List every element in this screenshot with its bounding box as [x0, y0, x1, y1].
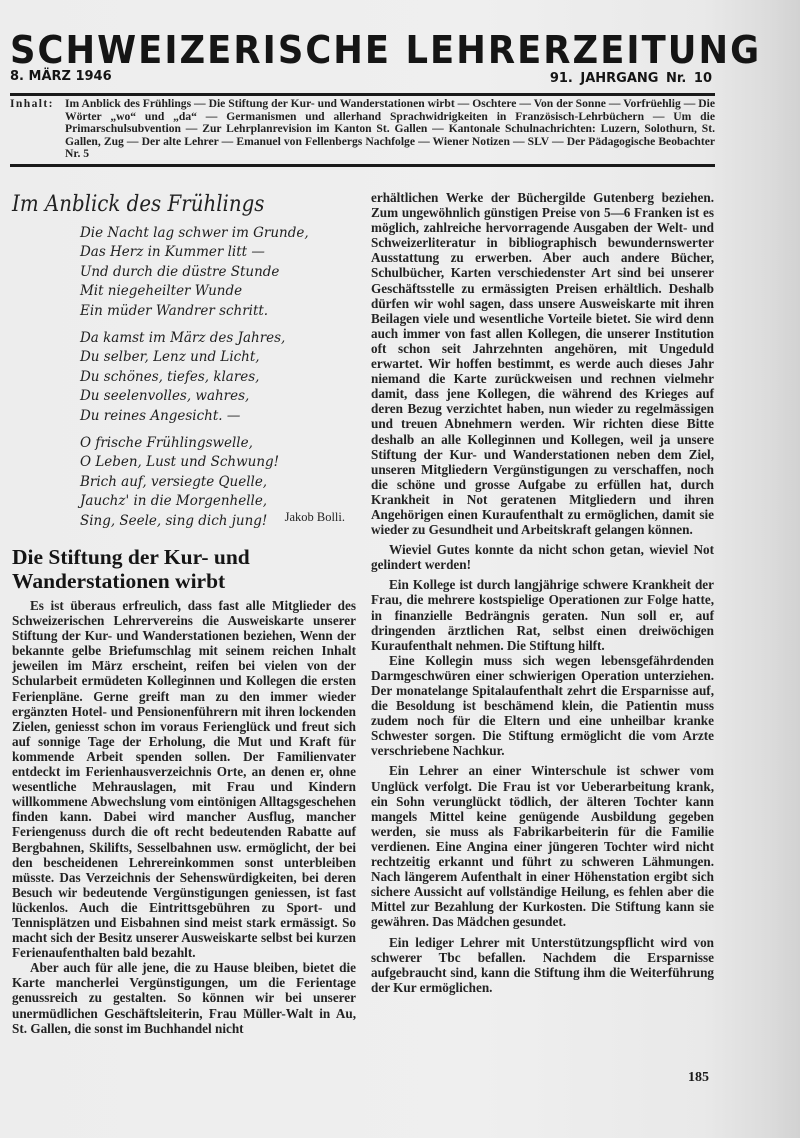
poem-line: O frische Frühlingswelle,: [80, 434, 346, 453]
poem-title: Im Anblick des Frühlings: [12, 192, 264, 217]
toc-text: Im Anblick des Frühlings — Die Stiftung …: [65, 98, 715, 161]
table-of-contents: Inhalt: Im Anblick des Frühlings — Die S…: [10, 98, 715, 161]
poem-line: Das Herz in Kummer litt —: [80, 243, 346, 262]
article-paragraph: Wieviel Gutes konnte da nicht schon geta…: [371, 542, 714, 572]
poem-line: O Leben, Lust und Schwung!: [80, 453, 346, 472]
article-paragraph: Es ist überaus erfreulich, dass fast all…: [12, 598, 356, 960]
issue-date: 8. MÄRZ 1946: [10, 69, 112, 84]
poem: Die Nacht lag schwer im Grunde, Das Herz…: [80, 224, 360, 539]
poem-stanza: Die Nacht lag schwer im Grunde, Das Herz…: [80, 224, 360, 321]
poem-line: Die Nacht lag schwer im Grunde,: [80, 224, 346, 243]
page-number: 185: [688, 1070, 709, 1086]
poem-stanza: Da kamst im März des Jahres, Du selber, …: [80, 329, 360, 426]
bottom-rule: [10, 164, 715, 167]
poem-line: Brich auf, versiegte Quelle,: [80, 473, 346, 492]
poem-line: Mit niegeheilter Wunde: [80, 282, 346, 301]
right-column: erhältlichen Werke der Büchergilde Guten…: [371, 190, 714, 995]
poem-line: Da kamst im März des Jahres,: [80, 329, 346, 348]
poem-line: Du selber, Lenz und Licht,: [80, 348, 346, 367]
poem-line: Du seelenvolles, wahres,: [80, 387, 346, 406]
poem-author: Jakob Bolli.: [285, 510, 345, 525]
poem-line: Ein müder Wandrer schritt.: [80, 302, 346, 321]
poem-line: Und durch die düstre Stunde: [80, 263, 346, 282]
article-paragraph: erhältlichen Werke der Büchergilde Guten…: [371, 190, 714, 537]
article-paragraph: Aber auch für alle jene, die zu Hause bl…: [12, 960, 356, 1035]
article-paragraph: Ein Kollege ist durch langjährige schwer…: [371, 577, 714, 652]
masthead-title: SCHWEIZERISCHE LEHRERZEITUNG: [10, 30, 666, 70]
poem-line: Jauchz' in die Morgenhelle,: [80, 492, 346, 511]
article-headline: Die Stiftung der Kur- und Wanderstatione…: [12, 545, 357, 593]
top-rule: [10, 93, 715, 96]
article-paragraph: Eine Kollegin muss sich wegen lebensgefä…: [371, 653, 714, 759]
toc-label: Inhalt:: [10, 98, 54, 111]
article-paragraph: Ein lediger Lehrer mit Unterstützungspfl…: [371, 935, 714, 995]
issue-number: 91. JAHRGANG Nr. 10: [550, 71, 712, 86]
article-body-left: Es ist überaus erfreulich, dass fast all…: [12, 598, 356, 1036]
poem-line: Du schönes, tiefes, klares,: [80, 368, 346, 387]
article-paragraph: Ein Lehrer an einer Winterschule ist sch…: [371, 763, 714, 929]
journal-page: SCHWEIZERISCHE LEHRERZEITUNG 8. MÄRZ 194…: [0, 0, 800, 1138]
poem-line: Du reines Angesicht. —: [80, 407, 346, 426]
